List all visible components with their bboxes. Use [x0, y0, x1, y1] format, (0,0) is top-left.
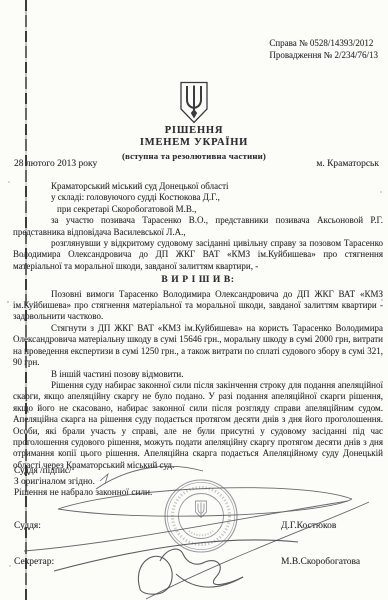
- certification-block: Суддя /підпис/ З оригіналом згідно. Ріше…: [14, 466, 152, 500]
- secretary-name: М.В.Скоробогатова: [281, 557, 360, 567]
- document-body: Краматорський міський суд Донецької обла…: [13, 181, 383, 471]
- original-conformity-note: З оригіналом згідно.: [14, 477, 152, 488]
- court-secretary-line: при секретарі Скоробогатовой М.В.,: [13, 204, 383, 215]
- secretary-signature-row: Секретар: М.В.Скоробогатова: [14, 557, 374, 567]
- case-number-block: Справа № 0528/14393/2012 Провадження № 2…: [269, 37, 378, 61]
- decision-date: 28 лютого 2013 року: [14, 159, 97, 169]
- judge-signature-note: Суддя /підпис/: [14, 466, 152, 477]
- ukraine-trident-emblem-icon: [174, 80, 214, 126]
- appeal-terms-paragraph: Рішення суду набирає законної сили після…: [13, 380, 383, 471]
- secretary-label: Секретар:: [14, 557, 54, 567]
- decision-paragraph-1: Позовні вимоги Тарасенко Володимира Олек…: [13, 289, 383, 323]
- judge-label: Суддя:: [14, 521, 41, 531]
- title-imenem-ukrainy: ІМЕНЕМ УКРАЇНИ: [0, 137, 388, 149]
- court-seal-stamp: [165, 480, 237, 552]
- court-composition-line: у складі: головуючого судді Костюкова Д.…: [13, 192, 383, 203]
- secretary-signature-scribble: [54, 540, 298, 594]
- legal-force-note: Рішення не набрало законної сили.: [14, 488, 152, 499]
- decision-heading: В И Р І Ш И В:: [13, 275, 383, 286]
- decision-paragraph-2: Стягнути з ДП ЖКГ ВАТ «КМЗ ім.Куйбишева»…: [13, 323, 383, 369]
- case-review-paragraph: розглянувши у відкритому судовому засіда…: [13, 238, 383, 272]
- participants-paragraph: за участю позивача Тарасенко В.О., предс…: [13, 215, 383, 238]
- court-decision-document: Справа № 0528/14393/2012 Провадження № 2…: [0, 0, 388, 600]
- judge-name: Д.Г.Костюков: [281, 521, 336, 531]
- proceeding-number: Провадження № 2/234/76/13: [269, 49, 378, 61]
- stamp-trident-icon: [196, 501, 207, 518]
- decision-paragraph-3: В іншій частині позову відмовити.: [13, 369, 383, 380]
- decision-city: м. Краматорськ: [316, 159, 379, 169]
- document-title-block: РІШЕННЯ ІМЕНЕМ УКРАЇНИ (вступна та резол…: [0, 125, 388, 162]
- case-number: Справа № 0528/14393/2012: [269, 37, 378, 49]
- court-name-line: Краматорський міський суд Донецької обла…: [13, 181, 383, 192]
- judge-signature-row: Суддя: Д.Г.Костюков: [14, 521, 374, 531]
- date-city-row: 28 лютого 2013 року м. Краматорськ: [14, 159, 379, 169]
- trident-svg: [174, 80, 214, 126]
- title-rishennia: РІШЕННЯ: [0, 125, 388, 137]
